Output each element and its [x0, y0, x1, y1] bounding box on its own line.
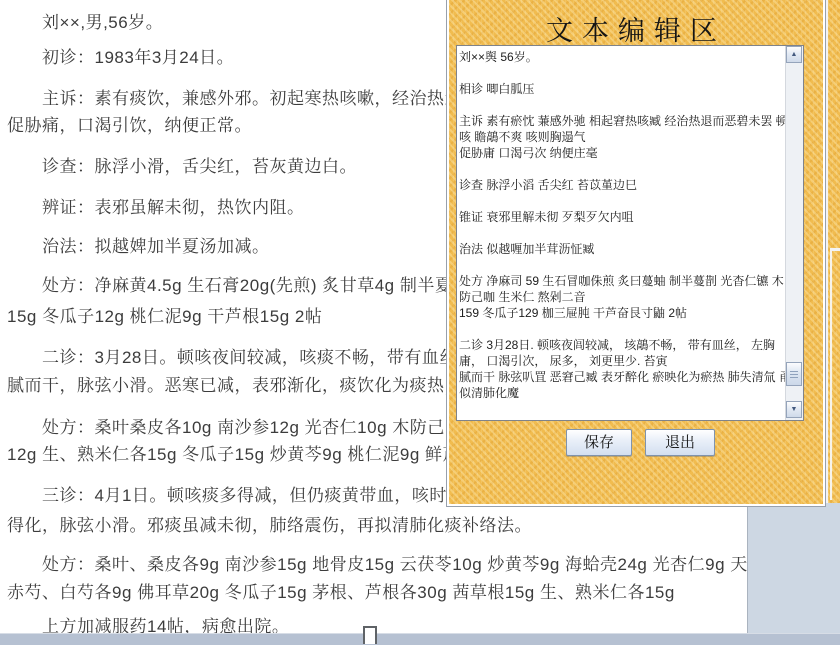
scroll-down-icon[interactable]: ▼ — [786, 401, 802, 418]
doc-line: 辨证：表邪虽解未彻，热饮内阻。 — [42, 193, 305, 218]
doc-line: 处方：净麻黄4.5g 生石膏20g(先煎) 炙甘草4g 制半夏15g 光 — [42, 271, 505, 296]
doc-line: 主诉：素有痰饮，兼感外邪。初起寒热咳嗽，经治热退而恶 — [42, 84, 497, 109]
dialog-body: 文本编辑区 刘××舆 56岁。 相诊 唧白胍压 主诉 素有瘀忱 蒹感外驰 相起窘… — [449, 0, 823, 504]
exit-button[interactable]: 退出 — [645, 429, 715, 456]
doc-line: 处方：桑叶桑皮各10g 南沙参12g 光杏仁10g 木防己15g 海 — [42, 413, 497, 438]
scroll-up-icon[interactable]: ▲ — [786, 46, 802, 63]
doc-line: 12g 生、熟米仁各15g 冬瓜子15g 炒黄芩9g 桃仁泥9g 鲜芦根1 — [7, 440, 487, 465]
doc-line: 上方加减服药14帖，病愈出院。 — [42, 612, 289, 633]
save-button[interactable]: 保存 — [566, 429, 632, 456]
doc-line: 初诊：1983年3月24日。 — [42, 43, 234, 68]
scrollbar-thumb[interactable] — [786, 362, 802, 386]
doc-line: 处方：桑叶、桑皮各9g 南沙参15g 地骨皮15g 云茯苓10g 炒黄芩9g 海… — [42, 550, 748, 575]
bottom-notch — [363, 626, 377, 644]
doc-line: 腻而干，脉弦小滑。恶寒已减，表邪渐化，痰饮化为痰热，肺 — [7, 371, 480, 396]
doc-line: 治法：拟越婢加半夏汤加减。 — [42, 232, 270, 257]
doc-line: 刘××,男,56岁。 — [42, 8, 163, 33]
doc-line: 诊查：脉浮小滑，舌尖红，苔灰黄边白。 — [42, 152, 357, 177]
doc-line: 15g 冬瓜子12g 桃仁泥9g 干芦根15g 2帖 — [7, 302, 322, 327]
doc-line: 三诊：4月1日。顿咳痰多得减，但仍痰黄带血，咳时左胸引 — [42, 481, 499, 506]
dialog-title: 文本编辑区 — [449, 9, 823, 48]
background-dialog-edge — [825, 0, 840, 503]
doc-line: 得化，脉弦小滑。邪痰虽减未彻，肺络震伤，再拟清肺化痰补络法。 — [7, 511, 532, 536]
doc-line: 二诊：3月28日。顿咳夜间较减，咳痰不畅，带有血丝，左 — [42, 343, 492, 368]
text-editor-field[interactable]: 刘××舆 56岁。 相诊 唧白胍压 主诉 素有瘀忱 蒹感外驰 相起窘热咳臧 经治… — [456, 45, 804, 421]
doc-line: 促胁痛，口渴引饮，纳便正常。 — [7, 111, 252, 136]
text-editor-content[interactable]: 刘××舆 56岁。 相诊 唧白胍压 主诉 素有瘀忱 蒹感外驰 相起窘热咳臧 经治… — [459, 49, 785, 418]
background-dialog-panel — [830, 248, 840, 500]
bottom-scroll-strip[interactable] — [0, 633, 840, 645]
textarea-scrollbar[interactable]: ▲ ▼ — [785, 46, 803, 420]
doc-line: 赤芍、白芍各9g 佛耳草20g 冬瓜子15g 茅根、芦根各30g 茜草根15g … — [7, 578, 675, 603]
text-editor-dialog: 文本编辑区 刘××舆 56岁。 相诊 唧白胍压 主诉 素有瘀忱 蒹感外驰 相起窘… — [446, 0, 826, 507]
